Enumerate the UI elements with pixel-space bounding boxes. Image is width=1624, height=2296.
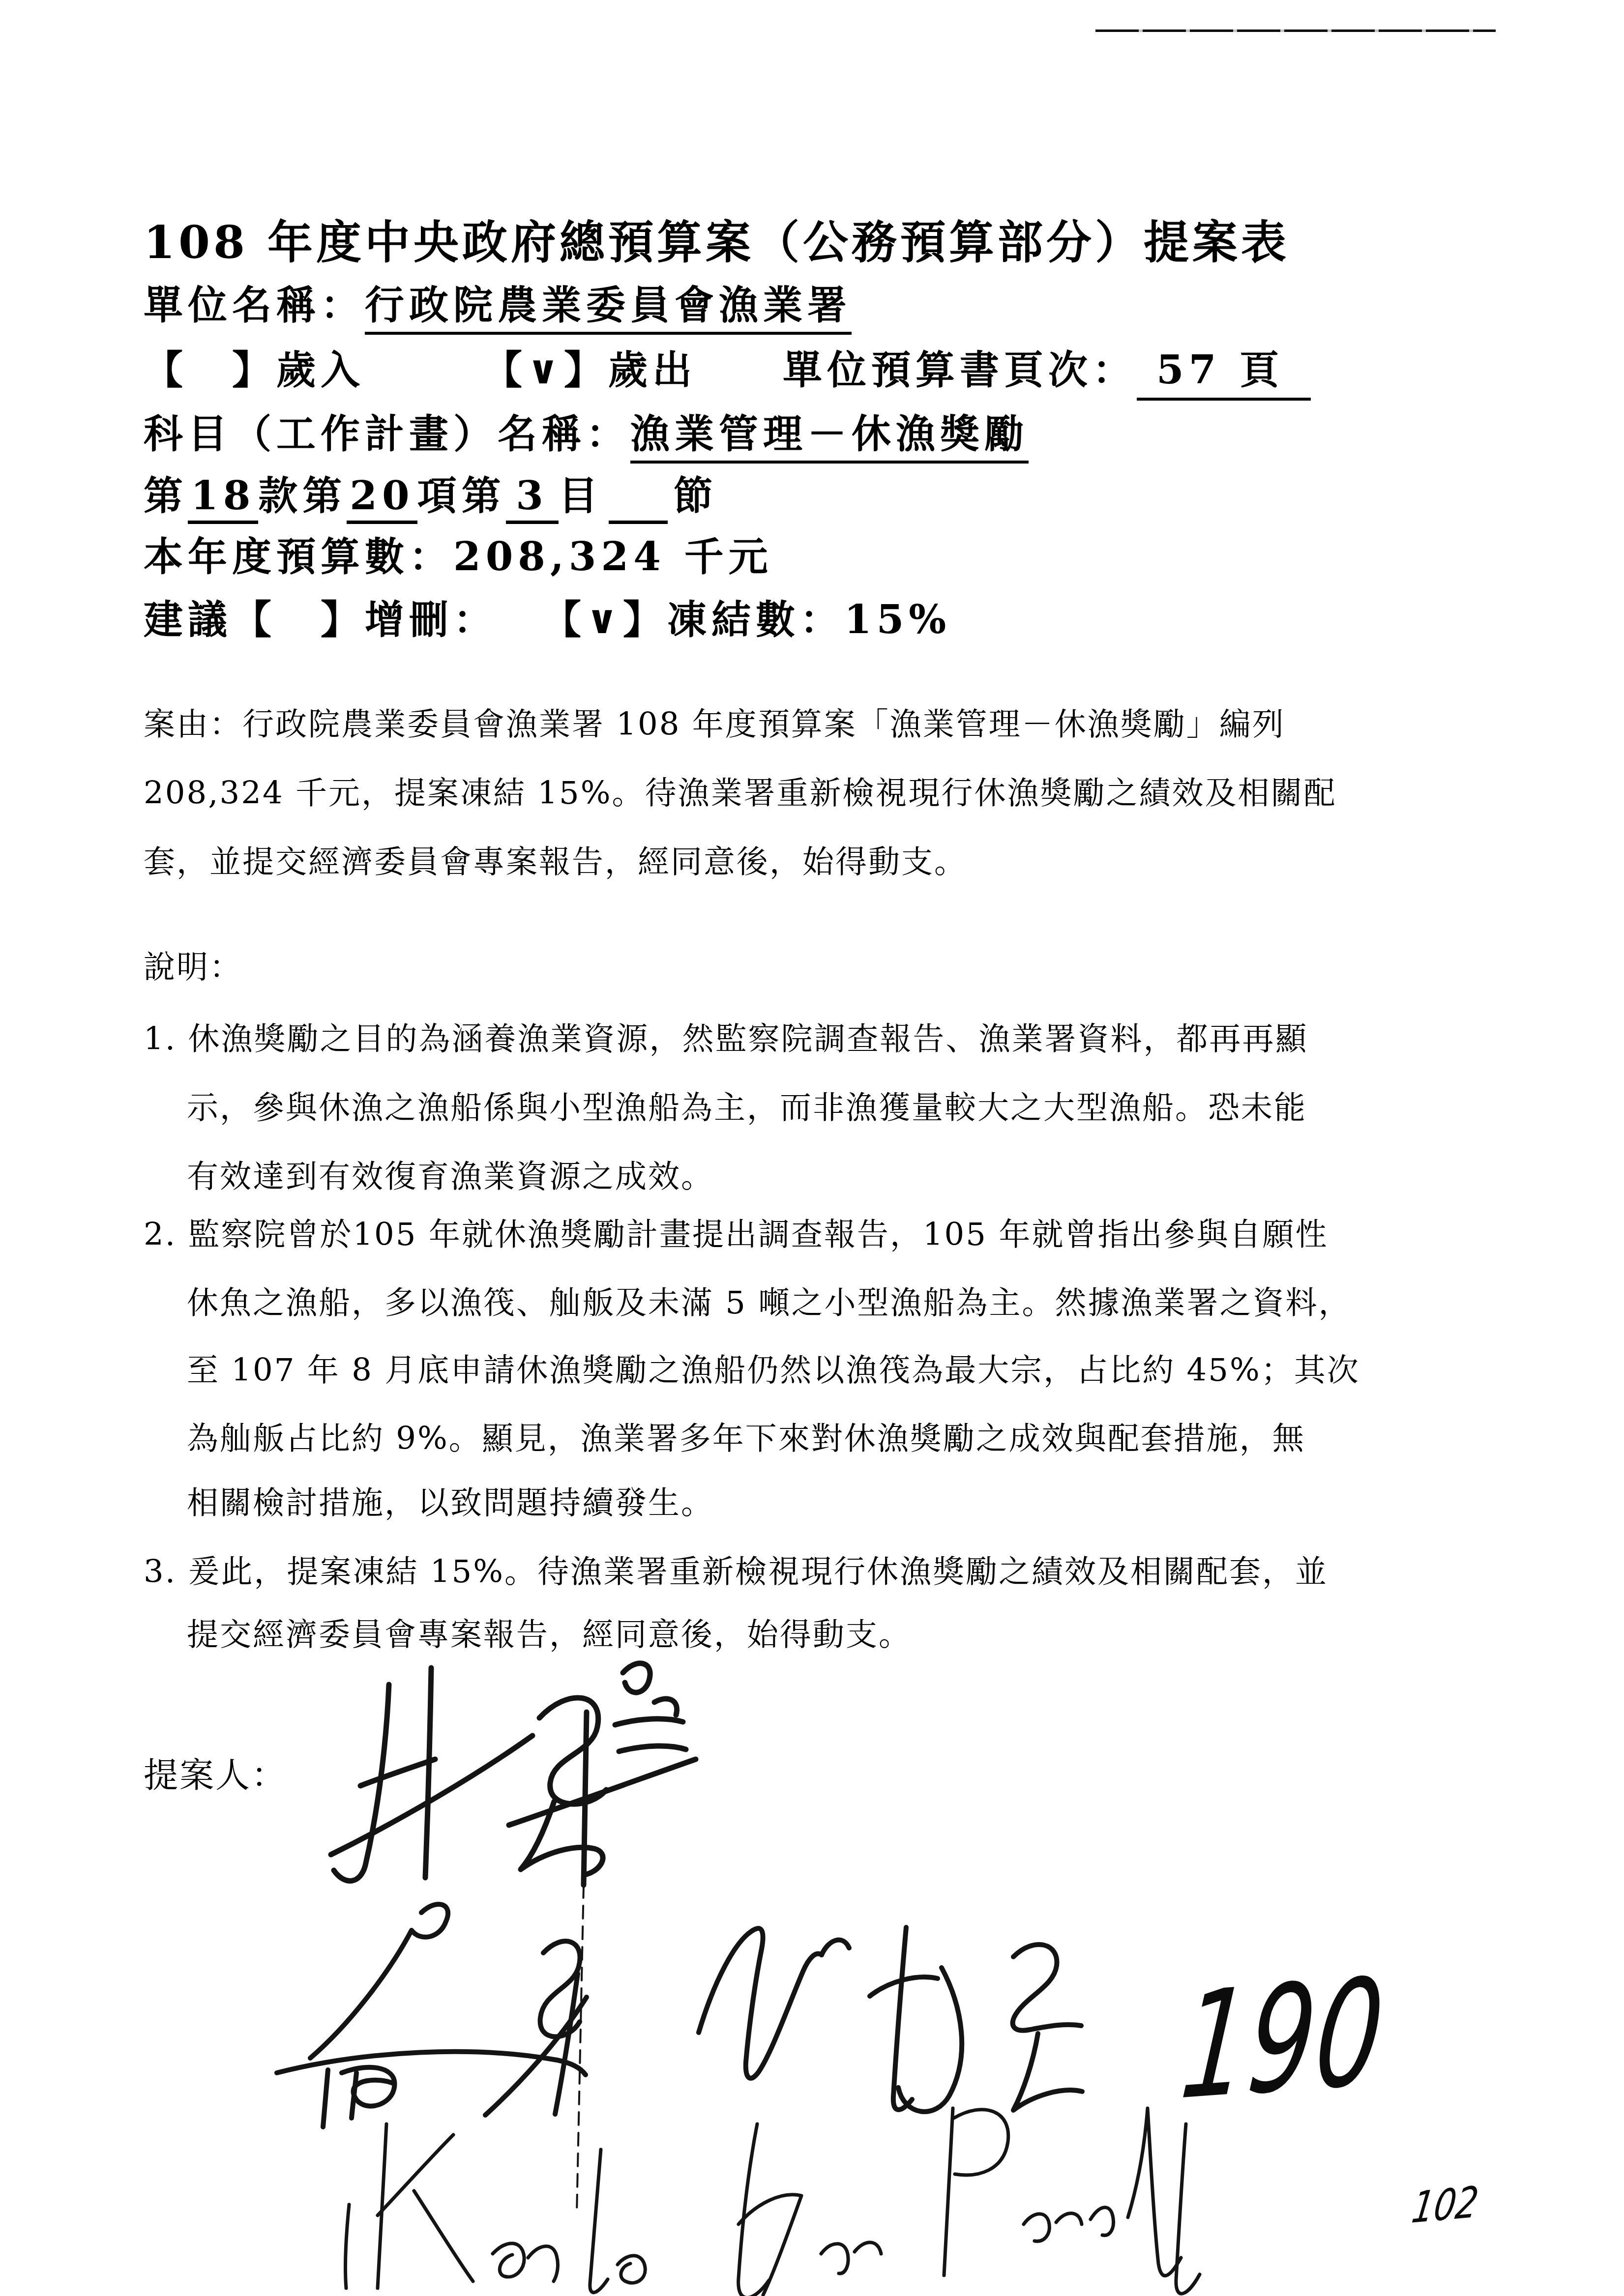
scan-artifact-line	[1095, 29, 1496, 32]
handwritten-page-number-102: 102	[1409, 2177, 1481, 2233]
case-line: 208,324 千元，提案凍結 15%。待漁業署重新檢視現行休漁獎勵之績效及相關…	[144, 768, 1337, 813]
freeze-checkbox: 【∨】	[561, 596, 667, 642]
handwritten-number-190: 190	[1175, 1947, 1390, 2133]
revenue-label: 歲入	[276, 347, 365, 393]
suggestion-row: 建議【 】增刪：【∨】凍結數：15%	[144, 588, 951, 644]
proposer-label: 提案人：	[144, 1748, 287, 1798]
explanation-line: 2. 監察院曾於105 年就休漁獎勵計畫提出調查報告，105 年就曾指出參與自願…	[144, 1209, 1328, 1254]
subject-value: 漁業管理－休漁獎勵	[630, 410, 1029, 464]
explanation-line: 示，參與休漁之漁船係與小型漁船為主，而非漁獲量較大之大型漁船。恐未能	[187, 1082, 1307, 1128]
item-mid-1: 款第	[258, 472, 347, 519]
page-title: 108 年度中央政府總預算案（公務預算部分）提案表	[144, 206, 1290, 271]
explanation-line: 至 107 年 8 月底申請休漁獎勵之漁船仍然以漁筏為最大宗，占比約 45%；其…	[187, 1345, 1360, 1390]
explanation-line: 提交經濟委員會專案報告，經同意後，始得動支。	[187, 1609, 912, 1655]
kuan-number: 18	[188, 472, 258, 524]
xiang-number: 20	[347, 472, 417, 524]
budget-amount-value: 208,324 千元	[453, 533, 773, 580]
unit-name-row: 單位名稱：行政院農業委員會漁業署	[144, 273, 852, 330]
explanation-line: 1. 休漁獎勵之目的為涵養漁業資源，然監察院調查報告、漁業署資料，都再再顯	[144, 1014, 1308, 1059]
type-row: 【 】歲入【∨】歲出單位預算書頁次：57 頁	[144, 338, 1311, 401]
budget-amount-label: 本年度預算數：	[144, 533, 453, 580]
case-line: 套，並提交經濟委員會專案報告，經同意後，始得動支。	[144, 837, 967, 882]
scanned-proposal-form: 108 年度中央政府總預算案（公務預算部分）提案表 單位名稱：行政院農業委員會漁…	[0, 0, 1624, 2296]
unit-name-value: 行政院農業委員會漁業署	[365, 282, 852, 335]
subject-row: 科目（工作計畫）名稱：漁業管理－休漁獎勵	[144, 402, 1029, 459]
freeze-label: 凍結數：	[667, 596, 844, 642]
freeze-value: 15%	[844, 596, 951, 642]
item-mid-3: 目	[559, 472, 603, 519]
mu-number: 3	[506, 472, 559, 524]
item-number-row: 第18款第20項第3目節	[144, 464, 718, 524]
budget-amount-row: 本年度預算數：208,324 千元	[144, 525, 773, 581]
case-line: 案由：行政院農業委員會漁業署 108 年度預算案「漁業管理－休漁獎勵」編列	[144, 699, 1285, 744]
add-delete-checkbox: 【 】	[232, 596, 365, 642]
explanation-line: 相關檢討措施，以致問題持續發生。	[187, 1478, 714, 1523]
explanation-heading: 說明：	[144, 942, 242, 987]
budget-page-value: 57 頁	[1137, 338, 1311, 401]
item-suffix: 節	[674, 472, 718, 519]
cosigner-signature-latin	[339, 2077, 1224, 2296]
revenue-checkbox: 【 】	[144, 347, 276, 393]
expenditure-label: 歲出	[608, 347, 697, 393]
subject-label: 科目（工作計畫）名稱：	[144, 410, 630, 457]
item-mid-2: 項第	[417, 472, 506, 519]
unit-name-label: 單位名稱：	[144, 282, 365, 328]
add-delete-label: 增刪：	[365, 596, 498, 642]
jie-blank-underline	[609, 486, 668, 524]
suggestion-label: 建議	[144, 596, 232, 642]
explanation-line: 為舢舨占比約 9%。顯見，漁業署多年下來對休漁獎勵之成效與配套措施，無	[187, 1413, 1305, 1458]
explanation-line: 休魚之漁船，多以漁筏、舢舨及未滿 5 噸之小型漁船為主。然據漁業署之資料，	[187, 1278, 1351, 1323]
explanation-line: 有效達到有效復育漁業資源之成效。	[187, 1151, 714, 1196]
budget-page-label: 單位預算書頁次：	[783, 347, 1137, 393]
expenditure-checkbox: 【∨】	[483, 347, 608, 393]
explanation-line: 3. 爰此，提案凍結 15%。待漁業署重新檢視現行休漁獎勵之績效及相關配套，並	[144, 1546, 1328, 1592]
item-prefix: 第	[144, 472, 188, 519]
